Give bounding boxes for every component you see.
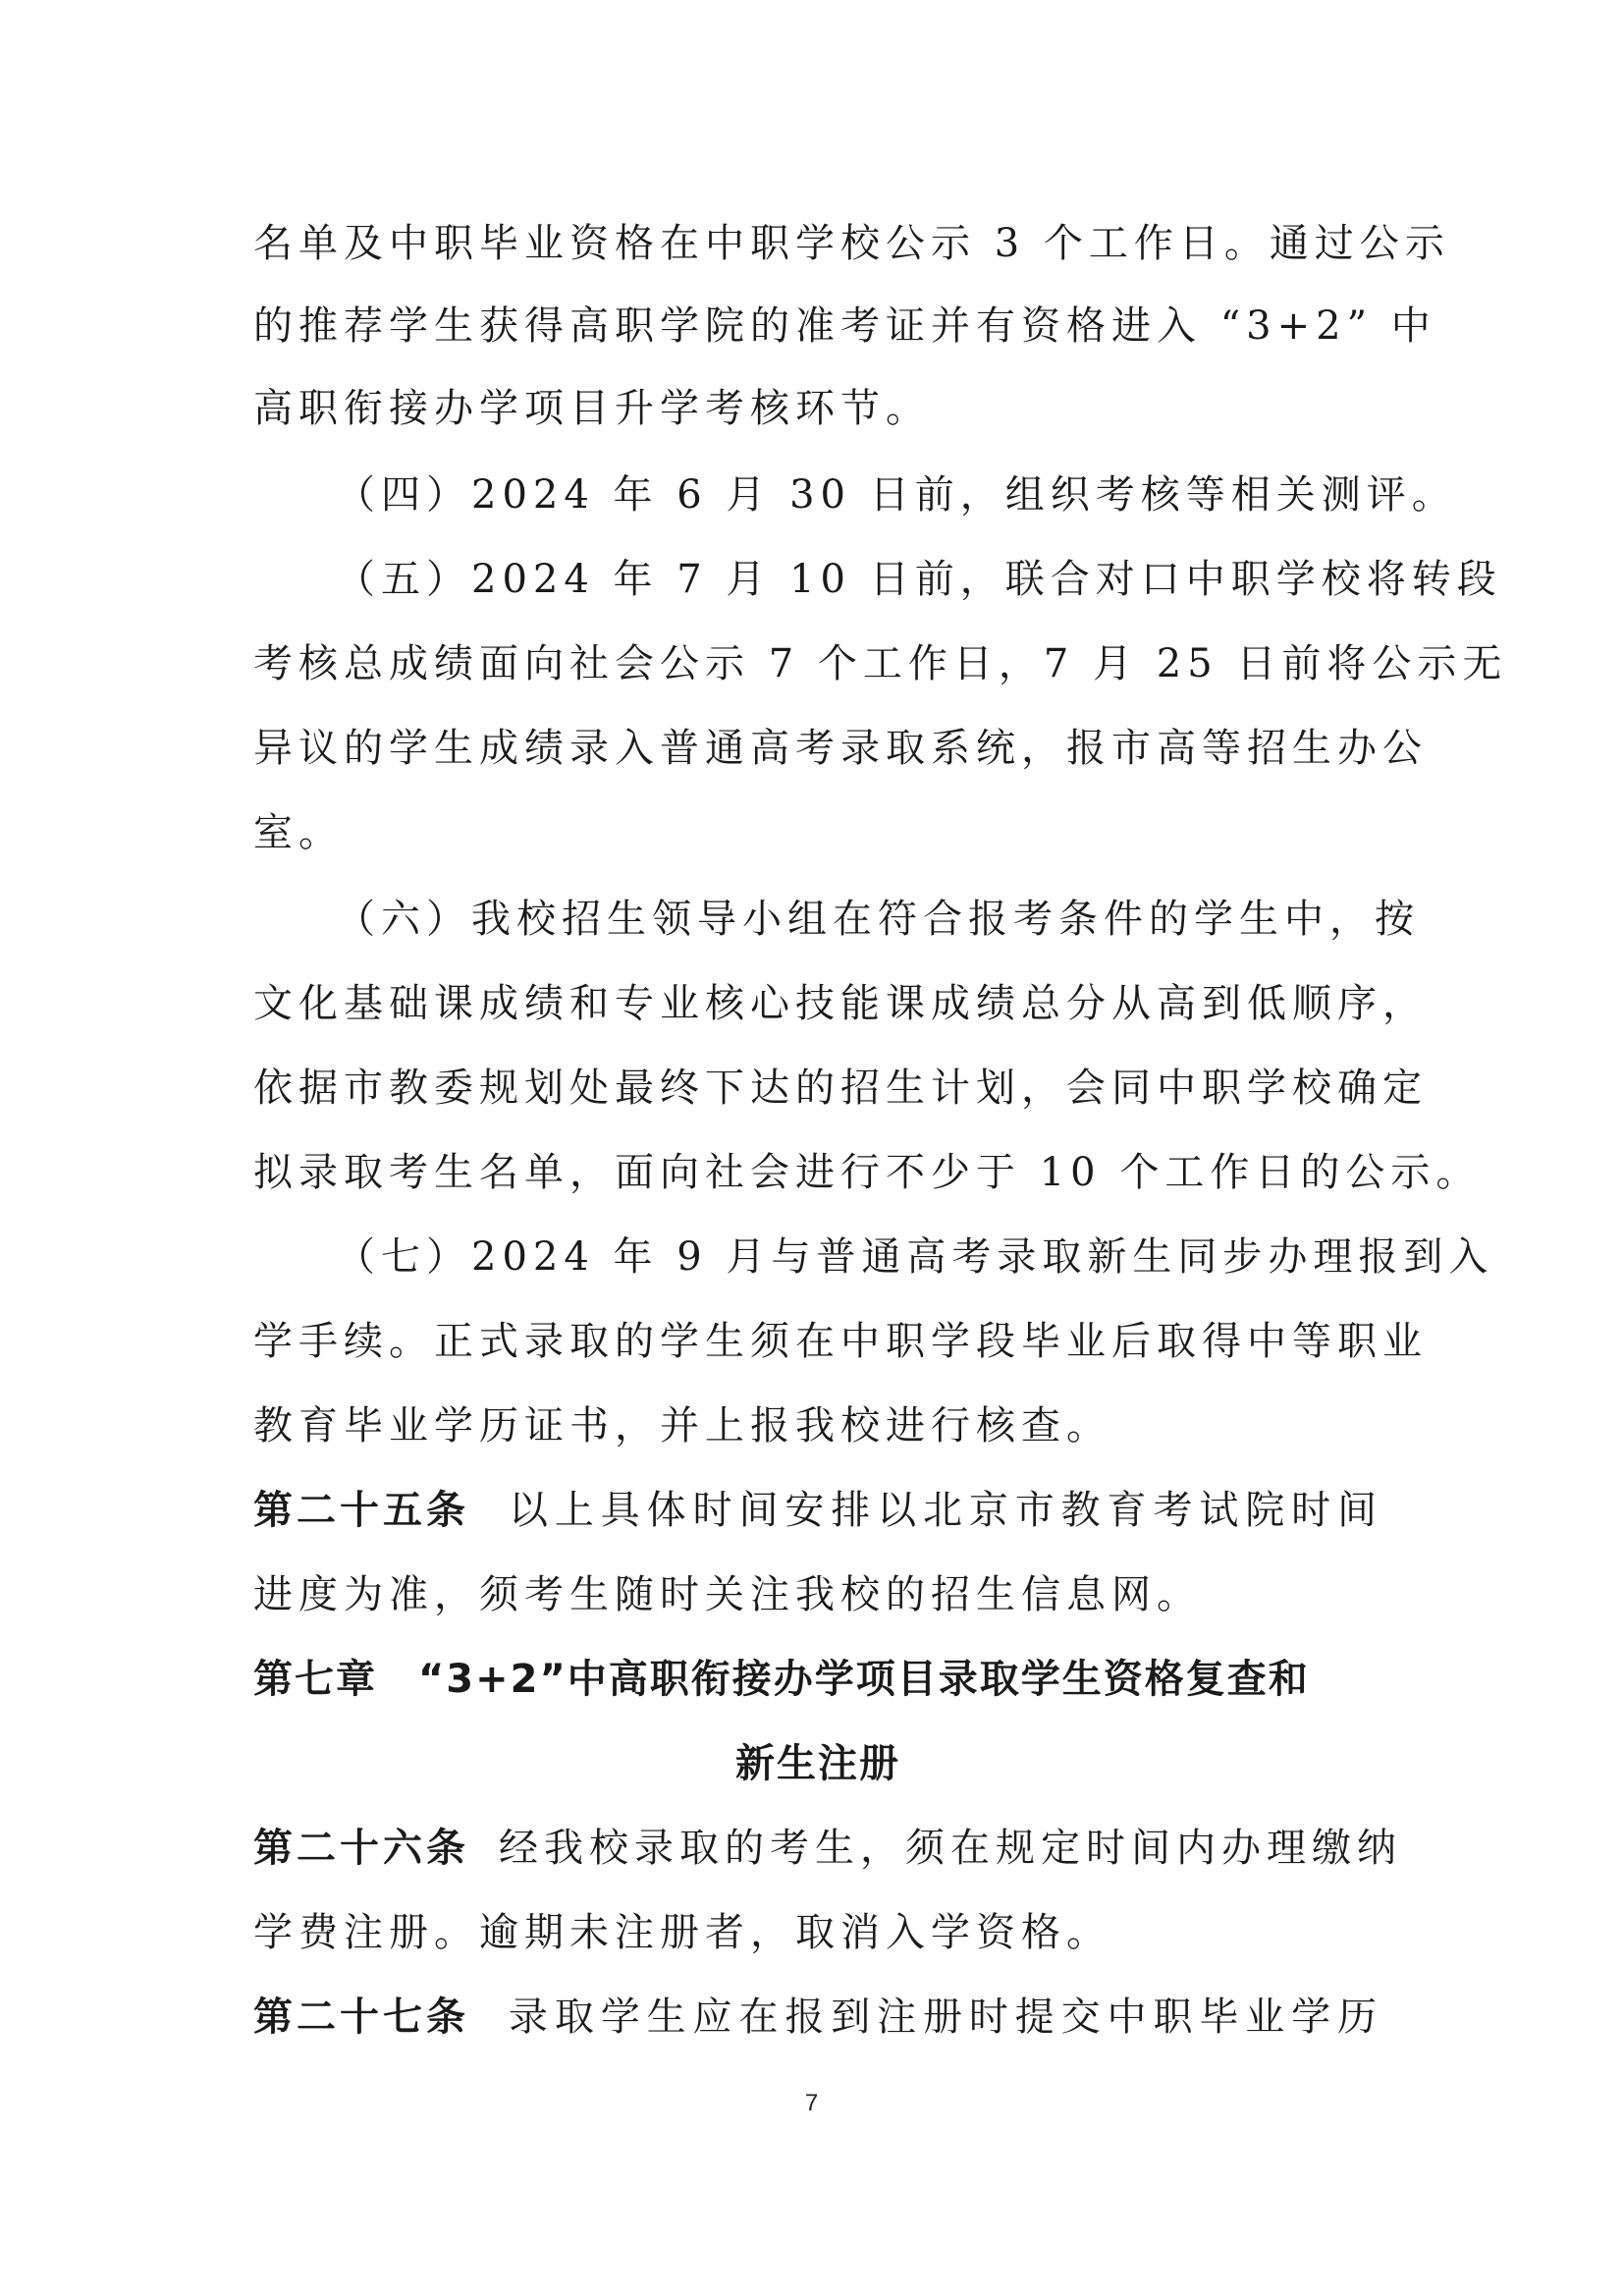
article-label: 第二十五条 <box>253 1481 469 1540</box>
body-text-line: 学费注册。逾期未注册者，取消入学资格。 <box>253 1903 1382 1962</box>
article-text: 以上具体时间安排以北京市教育考试院时间 <box>509 1481 1382 1540</box>
document-page: 名单及中职毕业资格在中职学校公示 3 个工作日。通过公示 的推荐学生获得高职学院… <box>0 0 1623 2296</box>
list-item-4: （四）2024 年 6 月 30 日前，组织考核等相关测评。 <box>336 465 1382 524</box>
body-text-line: 高职衔接办学项目升学考核环节。 <box>253 379 1382 438</box>
body-text-line: 拟录取考生名单，面向社会进行不少于 10 个工作日的公示。 <box>253 1143 1382 1202</box>
article-text: 经我校录取的考生，须在规定时间内办理缴纳 <box>499 1819 1402 1878</box>
body-text-line: 学手续。正式录取的学生须在中职学段毕业后取得中等职业 <box>253 1312 1382 1371</box>
body-text-line: 依据市教委规划处最终下达的招生计划，会同中职学校确定 <box>253 1059 1382 1118</box>
body-text-line: 室。 <box>253 803 1382 862</box>
chapter-heading: 第七章 “3+2”中高职衔接办学项目录取学生资格复查和 <box>253 1650 1382 1709</box>
article-25: 第二十五条 以上具体时间安排以北京市教育考试院时间 <box>253 1481 1382 1540</box>
chapter-heading-continued: 新生注册 <box>253 1734 1382 1793</box>
article-26: 第二十六条 经我校录取的考生，须在规定时间内办理缴纳 <box>253 1819 1382 1878</box>
body-text-line: 教育毕业学历证书，并上报我校进行核查。 <box>253 1396 1382 1455</box>
list-item-6: （六）我校招生领导小组在符合报考条件的学生中，按 <box>336 890 1382 949</box>
body-text-line: 文化基础课成绩和专业核心技能课成绩总分从高到低顺序， <box>253 974 1382 1033</box>
article-text: 录取学生应在报到注册时提交中职毕业学历 <box>509 1988 1382 2047</box>
body-text-line: 进度为准，须考生随时关注我校的招生信息网。 <box>253 1565 1382 1624</box>
article-label: 第二十七条 <box>253 1988 469 2047</box>
article-27: 第二十七条 录取学生应在报到注册时提交中职毕业学历 <box>253 1988 1382 2047</box>
page-number: 7 <box>0 2090 1623 2117</box>
list-item-5: （五）2024 年 7 月 10 日前，联合对口中职学校将转段 <box>336 550 1382 609</box>
body-text-line: 考核总成绩面向社会公示 7 个工作日，7 月 25 日前将公示无 <box>253 634 1382 693</box>
list-item-7: （七）2024 年 9 月与普通高考录取新生同步办理报到入 <box>336 1228 1382 1286</box>
article-label: 第二十六条 <box>253 1819 469 1878</box>
body-text-line: 名单及中职毕业资格在中职学校公示 3 个工作日。通过公示 <box>253 214 1382 273</box>
body-text-line: 异议的学生成绩录入普通高考录取系统，报市高等招生办公 <box>253 719 1382 778</box>
body-text-line: 的推荐学生获得高职学院的准考证并有资格进入 “3+2” 中 <box>253 297 1382 355</box>
